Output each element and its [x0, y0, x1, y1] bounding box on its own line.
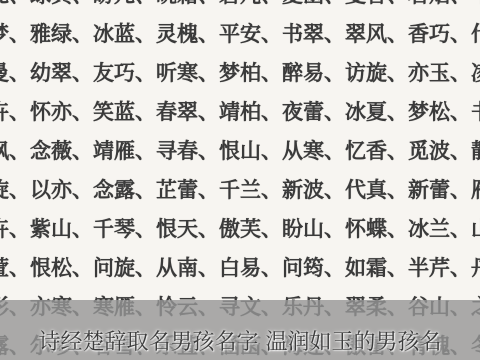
name-list-row: 卉、怀亦、笑蓝、春翠、靖柏、夜蕾、冰夏、梦松、书: [0, 93, 480, 132]
name-list-row: 卉、紫山、千琴、恨天、傲芙、盼山、怀蝶、冰兰、山: [0, 210, 480, 249]
name-list-row: 曼、幼翠、友巧、听寒、梦柏、醉易、访旋、亦玉、凌: [0, 54, 480, 93]
article-text-page: 儿、绿真、盼儿、晓霜、碧凡、夏菡、曼香、若烟、半 梦、雅绿、冰蓝、灵槐、平安、书…: [0, 0, 480, 360]
caption-text: 诗经楚辞取名男孩名字 温润如玉的男孩名: [39, 328, 442, 358]
name-list-row: 旋、以亦、念露、芷蕾、千兰、新波、代真、新蕾、雁: [0, 171, 480, 210]
name-list-row: 萱、恨松、问旋、从南、白易、问筠、如霜、半芹、丹: [0, 249, 480, 288]
name-list-row: 枫、念薇、靖雁、寻春、恨山、从寒、忆香、觅波、静: [0, 132, 480, 171]
name-list-row: 梦、雅绿、冰蓝、灵槐、平安、书翠、翠风、香巧、代: [0, 15, 480, 54]
name-list-row: 儿、绿真、盼儿、晓霜、碧凡、夏菡、曼香、若烟、半: [0, 0, 480, 15]
caption-bar: 诗经楚辞取名男孩名字 温润如玉的男孩名: [0, 300, 480, 360]
